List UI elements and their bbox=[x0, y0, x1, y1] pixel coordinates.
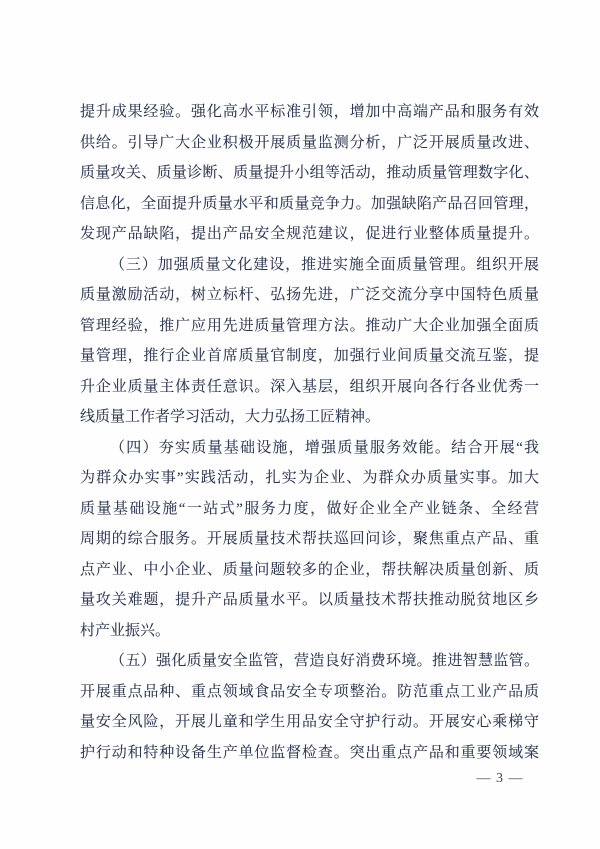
text-line: 量攻关难题，提升产品质量水平。以质量技术帮扶推动脱贫地区乡 bbox=[80, 585, 539, 616]
page-number: — 3 — bbox=[440, 771, 560, 787]
text-line: 质量攻关、质量诊断、质量提升小组等活动，推动质量管理数字化、 bbox=[80, 158, 539, 189]
text-line: 提升成果经验。强化高水平标准引领，增加中高端产品和服务有效 bbox=[80, 97, 539, 128]
text-line: 发现产品缺陷，提出产品安全规范建议，促进行业整体质量提升。 bbox=[80, 219, 539, 250]
document-page: 提升成果经验。强化高水平标准引领，增加中高端产品和服务有效供给。引导广大企业积极… bbox=[0, 0, 600, 849]
text-line: 村产业振兴。 bbox=[80, 616, 539, 647]
text-line: 量管理，推行企业首席质量官制度，加强行业间质量交流互鉴，提 bbox=[80, 341, 539, 372]
text-line: （五）强化质量安全监管，营造良好消费环境。推进智慧监管。 bbox=[80, 646, 539, 677]
text-line: 管理经验，推广应用先进质量管理方法。推动广大企业加强全面质 bbox=[80, 311, 539, 342]
text-line: 线质量工作者学习活动，大力弘扬工匠精神。 bbox=[80, 402, 539, 433]
text-line: 量安全风险，开展儿童和学生用品安全守护行动。开展安心乘梯守 bbox=[80, 707, 539, 738]
document-body: 提升成果经验。强化高水平标准引领，增加中高端产品和服务有效供给。引导广大企业积极… bbox=[80, 97, 539, 768]
text-line: 信息化，全面提升质量水平和质量竞争力。加强缺陷产品召回管理， bbox=[80, 189, 539, 220]
text-line: 供给。引导广大企业积极开展质量监测分析，广泛开展质量改进、 bbox=[80, 128, 539, 159]
text-line: 开展重点品种、重点领域食品安全专项整治。防范重点工业产品质 bbox=[80, 677, 539, 708]
text-line: 周期的综合服务。开展质量技术帮扶巡回问诊，聚焦重点产品、重 bbox=[80, 524, 539, 555]
text-line: 质量激励活动，树立标杆、弘扬先进，广泛交流分享中国特色质量 bbox=[80, 280, 539, 311]
text-line: （四）夯实质量基础设施，增强质量服务效能。结合开展“我 bbox=[80, 433, 539, 464]
text-line: 护行动和特种设备生产单位监督检查。突出重点产品和重要领域案 bbox=[80, 738, 539, 769]
text-line: 为群众办实事”实践活动，扎实为企业、为群众办质量实事。加大 bbox=[80, 463, 539, 494]
text-line: 质量基础设施“一站式”服务力度，做好企业全产业链条、全经营 bbox=[80, 494, 539, 525]
text-line: （三）加强质量文化建设，推进实施全面质量管理。组织开展 bbox=[80, 250, 539, 281]
text-line: 点产业、中小企业、质量问题较多的企业，帮扶解决质量创新、质 bbox=[80, 555, 539, 586]
text-line: 升企业质量主体责任意识。深入基层，组织开展向各行各业优秀一 bbox=[80, 372, 539, 403]
